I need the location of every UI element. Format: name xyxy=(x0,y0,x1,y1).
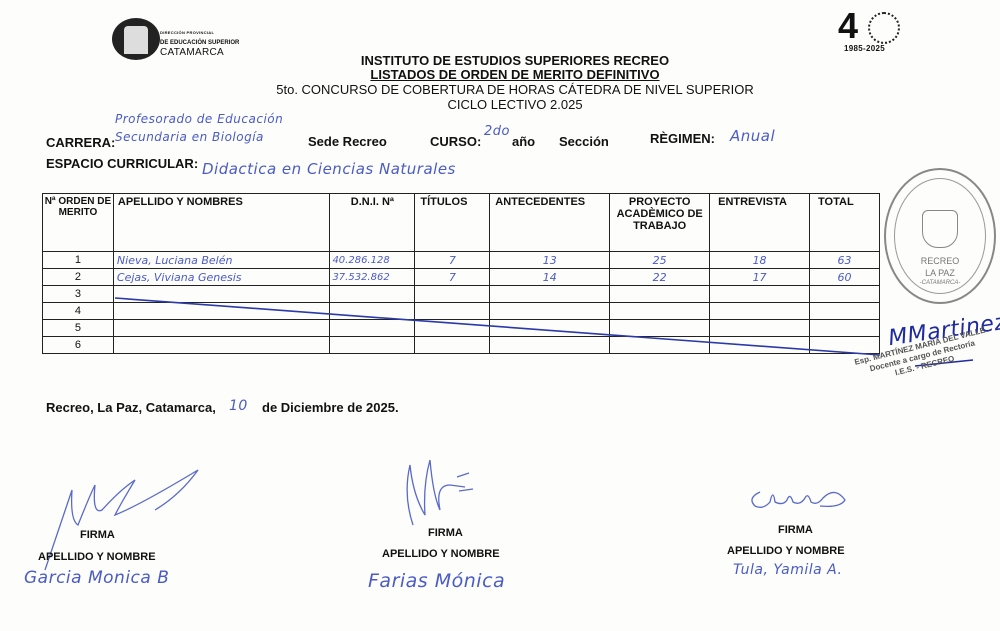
merit-table: Nª ORDEN DE MERITO APELLIDO Y NOMBRES D.… xyxy=(42,193,880,354)
col-titulos: TÍTULOS xyxy=(415,194,490,252)
cell-dni xyxy=(330,303,415,320)
signature-1-name: Garcia Monica B xyxy=(24,568,169,588)
cell-total xyxy=(810,320,880,337)
cell-proyecto: 25 xyxy=(610,252,710,269)
curso-value: 2do xyxy=(484,124,510,139)
document-title: LISTADOS DE ORDEN DE MERITO DEFINITIVO xyxy=(0,67,1000,82)
signature-1-firma-label: FIRMA xyxy=(80,529,115,541)
seccion-label: Sección xyxy=(559,134,609,149)
cell-antecedentes xyxy=(490,337,610,354)
sede-label: Sede Recreo xyxy=(308,134,387,149)
institution-name: INSTITUTO DE ESTUDIOS SUPERIORES RECREO xyxy=(0,53,1000,68)
cell-proyecto xyxy=(610,337,710,354)
cell-entrevista xyxy=(710,286,810,303)
regimen-label: RÈGIMEN: xyxy=(650,131,715,146)
cell-dni: 37.532.862 xyxy=(330,269,415,286)
table-row: 1Nieva, Luciana Belén40.286.128713251863 xyxy=(43,252,880,269)
cell-dni xyxy=(330,286,415,303)
cell-orden: 5 xyxy=(43,320,114,337)
date-suffix: de Diciembre de 2025. xyxy=(262,400,399,415)
cell-entrevista xyxy=(710,303,810,320)
cell-titulos xyxy=(415,303,490,320)
col-antecedentes: ANTECEDENTES xyxy=(490,194,610,252)
col-proyecto: PROYECTO ACADÈMICO DE TRABAJO xyxy=(610,194,710,252)
cell-nombre xyxy=(113,337,330,354)
anniversary-logo: 4 1985-2025 xyxy=(838,8,904,56)
cell-nombre: Nieva, Luciana Belén xyxy=(113,252,330,269)
signature-3-firma-label: FIRMA xyxy=(778,524,813,536)
cell-proyecto: 22 xyxy=(610,269,710,286)
regimen-value: Anual xyxy=(730,127,775,145)
seal-icon xyxy=(868,12,900,44)
col-dni: D.N.I. Nª xyxy=(330,194,415,252)
document-subtitle: 5to. CONCURSO DE COBERTURA DE HORAS CÁTE… xyxy=(0,82,1000,97)
signature-2-scribble xyxy=(395,455,495,535)
cell-titulos: 7 xyxy=(415,252,490,269)
table-row: 5 xyxy=(43,320,880,337)
table-row: 6 xyxy=(43,337,880,354)
cell-dni: 40.286.128 xyxy=(330,252,415,269)
cell-total xyxy=(810,337,880,354)
table-header-row: Nª ORDEN DE MERITO APELLIDO Y NOMBRES D.… xyxy=(43,194,880,252)
curso-label: CURSO: xyxy=(430,134,481,149)
date-prefix: Recreo, La Paz, Catamarca, xyxy=(46,400,216,415)
signature-1-name-label: APELLIDO Y NOMBRE xyxy=(38,551,156,563)
cell-antecedentes xyxy=(490,303,610,320)
cell-orden: 4 xyxy=(43,303,114,320)
cell-total: 60 xyxy=(810,269,880,286)
col-entrevista: ENTREVISTA xyxy=(710,194,810,252)
cycle-label: CICLO LECTIVO 2.025 xyxy=(0,97,1000,112)
cell-dni xyxy=(330,337,415,354)
cell-dni xyxy=(330,320,415,337)
espacio-label: ESPACIO CURRICULAR: xyxy=(46,156,198,171)
espacio-value: Didactica en Ciencias Naturales xyxy=(202,160,456,178)
carrera-label: CARRERA: xyxy=(46,135,115,150)
cell-antecedentes: 13 xyxy=(490,252,610,269)
coat-of-arms-icon xyxy=(922,210,958,248)
signature-2-name-label: APELLIDO Y NOMBRE xyxy=(382,548,500,560)
cell-total xyxy=(810,286,880,303)
cell-entrevista: 18 xyxy=(710,252,810,269)
cell-total xyxy=(810,303,880,320)
cell-nombre xyxy=(113,303,330,320)
cell-titulos xyxy=(415,320,490,337)
logo-line-1: DIRECCIÓN PROVINCIAL xyxy=(160,28,239,38)
cell-total: 63 xyxy=(810,252,880,269)
stamp-line-3: -CATAMARCA- xyxy=(886,280,994,286)
col-nombre: APELLIDO Y NOMBRES xyxy=(113,194,330,252)
cell-titulos xyxy=(415,286,490,303)
cell-orden: 2 xyxy=(43,269,114,286)
date-day: 10 xyxy=(229,398,248,414)
table-row: 4 xyxy=(43,303,880,320)
carrera-value-line2: Secundaria en Biología xyxy=(115,130,264,144)
signature-3-scribble xyxy=(745,480,865,520)
col-orden: Nª ORDEN DE MERITO xyxy=(43,194,114,252)
cell-nombre xyxy=(113,320,330,337)
cell-titulos xyxy=(415,337,490,354)
cell-orden: 6 xyxy=(43,337,114,354)
cell-entrevista xyxy=(710,320,810,337)
cell-antecedentes xyxy=(490,320,610,337)
signature-2-name: Farias Mónica xyxy=(368,570,505,592)
signature-3-name-label: APELLIDO Y NOMBRE xyxy=(727,545,845,557)
cell-proyecto xyxy=(610,303,710,320)
signature-3-name: Tula, Yamila A. xyxy=(733,562,842,578)
carrera-value-line1: Profesorado de Educación xyxy=(115,112,283,126)
cell-antecedentes xyxy=(490,286,610,303)
cell-entrevista xyxy=(710,337,810,354)
table-row: 2Cejas, Viviana Genesis37.532.8627142217… xyxy=(43,269,880,286)
cell-antecedentes: 14 xyxy=(490,269,610,286)
cell-proyecto xyxy=(610,320,710,337)
stamp-line-2: LA PAZ xyxy=(886,268,994,278)
stamp-line-1: RECREO xyxy=(886,256,994,266)
cell-orden: 3 xyxy=(43,286,114,303)
cell-orden: 1 xyxy=(43,252,114,269)
cell-nombre xyxy=(113,286,330,303)
col-total: TOTAL xyxy=(810,194,880,252)
cell-proyecto xyxy=(610,286,710,303)
cell-nombre: Cejas, Viviana Genesis xyxy=(113,269,330,286)
table-row: 3 xyxy=(43,286,880,303)
cell-titulos: 7 xyxy=(415,269,490,286)
cell-entrevista: 17 xyxy=(710,269,810,286)
signature-2-firma-label: FIRMA xyxy=(428,527,463,539)
curso-suffix: año xyxy=(512,134,535,149)
official-stamp: DIRECCION PROVINCIAL DE EDUCACION SUPERI… xyxy=(884,168,996,304)
